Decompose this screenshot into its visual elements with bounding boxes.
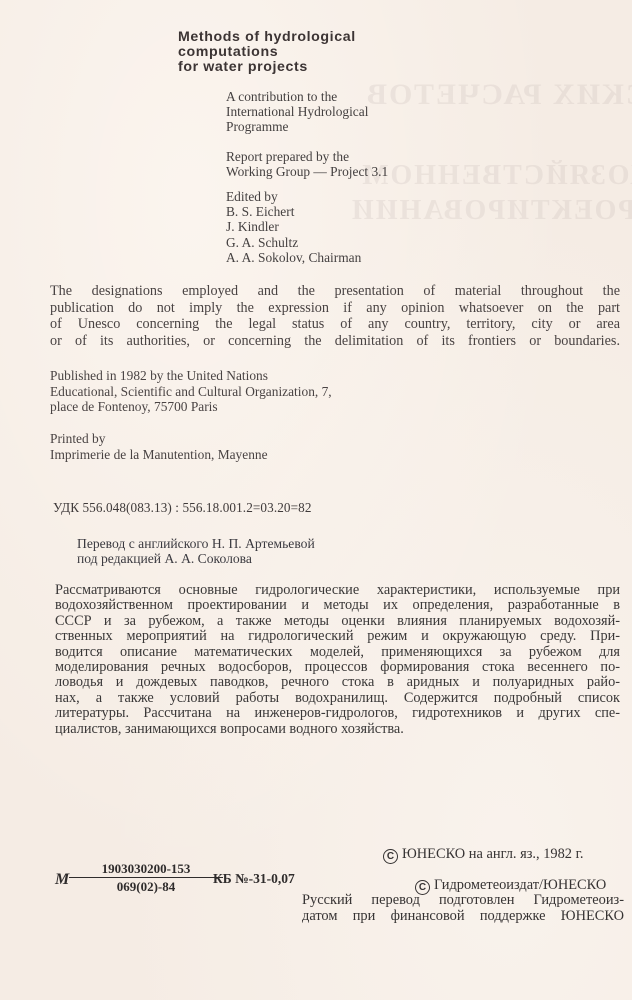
annotation-line: циалистов, занимающихся вопросами водног… — [55, 722, 620, 737]
annotation-line: ственных мероприятий на гидрологический … — [55, 629, 620, 644]
title-line: for water projects — [178, 60, 356, 75]
editor-name: A. A. Sokolov, Chairman — [226, 250, 361, 265]
annotation-line: водохозяйственном проектировании и метод… — [55, 598, 620, 613]
russian-translation-note: Русский перевод подготовлен Гидрометеоиз… — [302, 893, 624, 924]
contribution-line: International Hydrological — [226, 104, 368, 119]
publisher-line: place de Fontenoy, 75700 Paris — [50, 399, 332, 415]
editor-name: B. S. Eichert — [226, 204, 361, 219]
annotation-paragraph: Рассматриваются основные гидрологические… — [55, 583, 620, 737]
translation-line: Перевод с английского Н. П. Артемьевой — [77, 536, 315, 551]
publisher-line: Educational, Scientific and Cultural Org… — [50, 384, 332, 400]
printer-line: Printed by — [50, 431, 268, 447]
disclaimer-line: of Unesco concerning the legal status of… — [50, 316, 620, 333]
annotation-line: Рассматриваются основные гидрологические… — [55, 583, 620, 598]
annotation-line: ловодья и дождевых паводков, речного сто… — [55, 675, 620, 690]
report-line: Working Group — Project 3.1 — [226, 164, 388, 179]
annotation-line: литературы. Рассчитана на инженеров-гидр… — [55, 706, 620, 721]
russian-note-line: датом при финансовой поддержке ЮНЕСКО — [302, 909, 624, 925]
report-note: Report prepared by the Working Group — P… — [226, 149, 388, 179]
printer-line: Imprimerie de la Manutention, Mayenne — [50, 447, 268, 463]
annotation-line: нах, а также условий работы водохранилищ… — [55, 691, 620, 706]
catalog-numerator: 1903030200-153 — [69, 862, 223, 878]
catalog-fraction: 1903030200-153 069(02)-84 — [69, 862, 223, 894]
disclaimer-line: The designations employed and the presen… — [50, 283, 620, 300]
copyright-icon: C — [383, 849, 398, 864]
annotation-line: СССР и за рубежом, а также методы оценки… — [55, 614, 620, 629]
title-line: Methods of hydrological — [178, 30, 356, 45]
catalog-prefix: М — [55, 871, 69, 889]
copyright-original: CЮНЕСКО на англ. яз., 1982 г. — [383, 846, 583, 864]
disclaimer-line: or of its authorities, or concerning the… — [50, 333, 620, 350]
contribution-note: A contribution to the International Hydr… — [226, 89, 368, 134]
disclaimer-paragraph: The designations employed and the presen… — [50, 283, 620, 349]
translation-line: под редакцией А. А. Соколова — [77, 551, 315, 566]
udk-classification: УДК 556.048(083.13) : 556.18.001.2=03.20… — [53, 500, 312, 516]
copyright-original-text: ЮНЕСКО на англ. яз., 1982 г. — [402, 846, 583, 862]
publisher-info: Published in 1982 by the United Nations … — [50, 368, 332, 415]
publisher-line: Published in 1982 by the United Nations — [50, 368, 332, 384]
disclaimer-line: publication do not imply the expression … — [50, 300, 620, 317]
report-line: Report prepared by the — [226, 149, 388, 164]
catalog-suffix: КБ №-31-0,07 — [213, 871, 295, 887]
title-line: computations — [178, 45, 356, 60]
copyright-translation-text: Гидрометеоиздат/ЮНЕСКО — [434, 877, 606, 893]
annotation-line: водится описание математических моделей,… — [55, 645, 620, 660]
book-title: Methods of hydrological computations for… — [178, 30, 356, 75]
editor-name: G. A. Schultz — [226, 235, 361, 250]
editors-label: Edited by — [226, 189, 361, 204]
annotation-line: моделирования речных водосборов, процесс… — [55, 660, 620, 675]
contribution-line: A contribution to the — [226, 89, 368, 104]
editor-name: J. Kindler — [226, 219, 361, 234]
printer-info: Printed by Imprimerie de la Manutention,… — [50, 431, 268, 462]
russian-note-line: Русский перевод подготовлен Гидрометеоиз… — [302, 893, 624, 909]
catalog-denominator: 069(02)-84 — [69, 878, 223, 894]
contribution-line: Programme — [226, 119, 368, 134]
translation-credit: Перевод с английского Н. П. Артемьевой п… — [77, 536, 315, 566]
editors-list: Edited by B. S. Eichert J. Kindler G. A.… — [226, 189, 361, 265]
